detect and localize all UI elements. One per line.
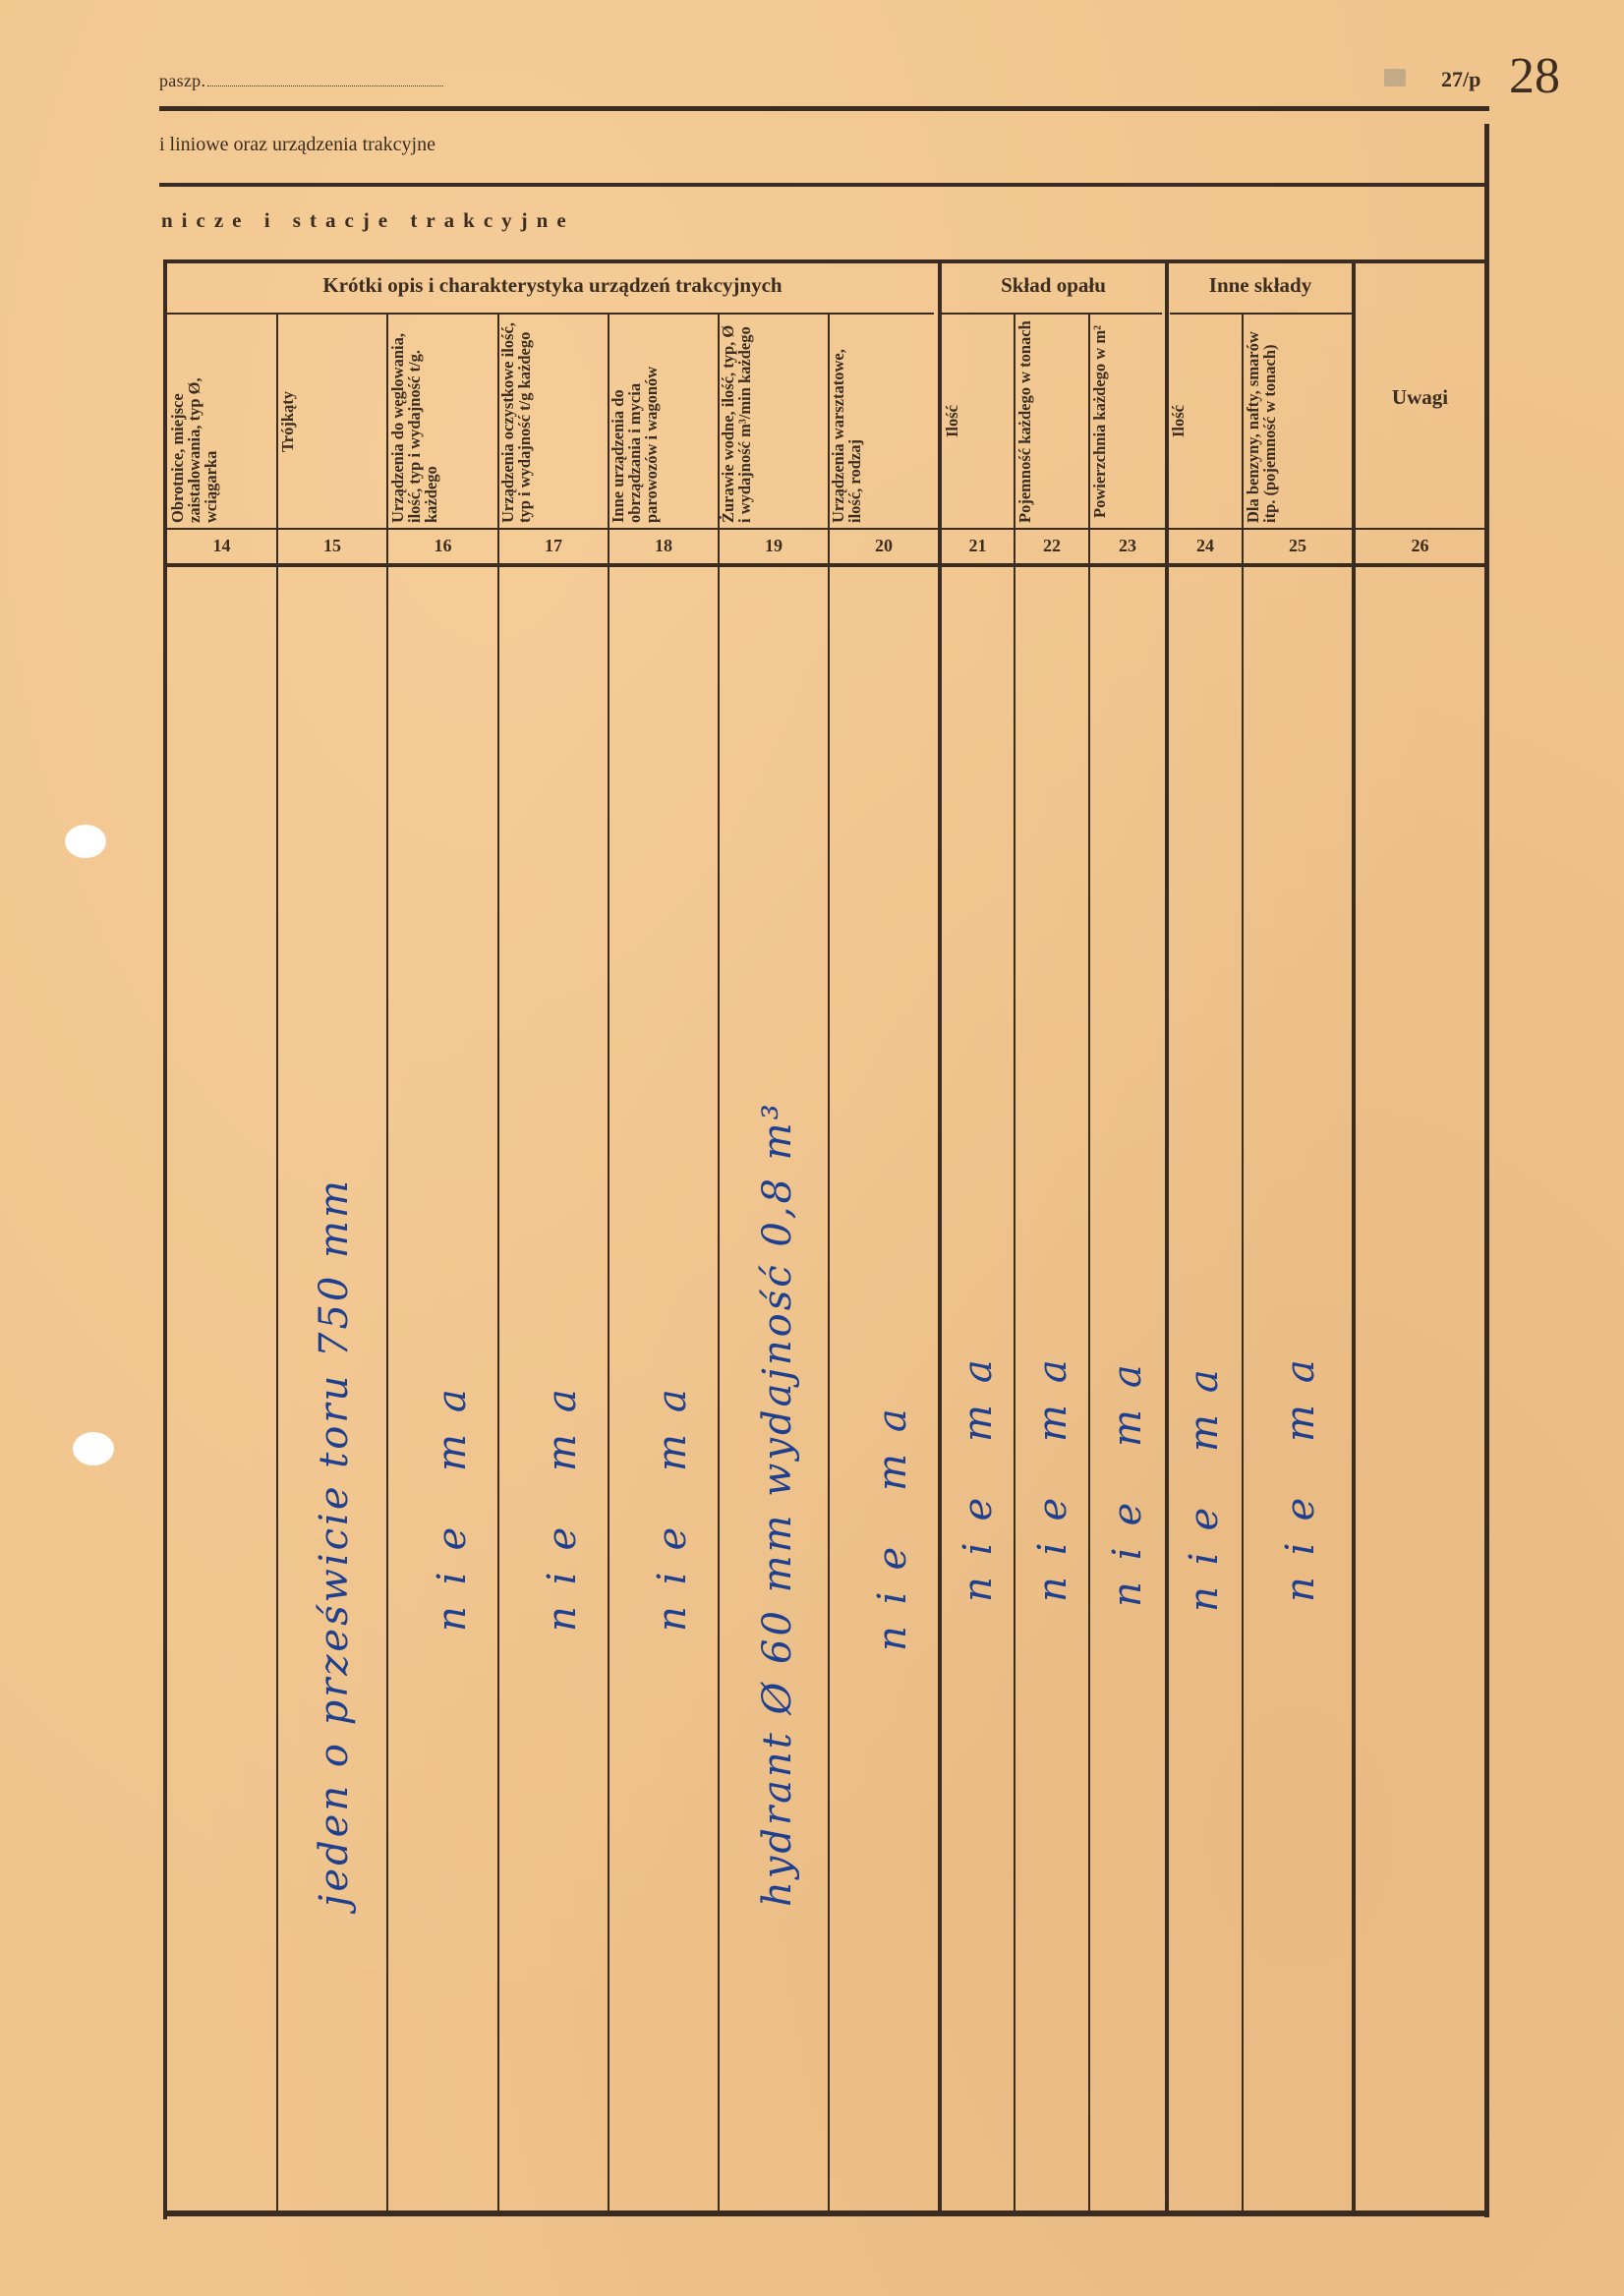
entry-cleaning-equipment: nie ma <box>523 1199 602 1632</box>
section-title-1: i liniowe oraz urządzenia trakcyjne <box>159 134 435 156</box>
reference-code: 27/p <box>1441 67 1480 92</box>
column-header-21: Ilość <box>944 320 1013 523</box>
group-title-description: Krótki opis i charakterystyka urządzeń t… <box>167 273 938 298</box>
column-number: 15 <box>278 536 386 556</box>
stamp-icon <box>1384 69 1406 86</box>
col-divider <box>718 313 720 2212</box>
column-header-16: Urządzenia do węglowania, ilość, typ i w… <box>389 320 495 523</box>
column-header-20: Urządzenia warsztatowe, ilość, rodzaj <box>830 320 936 523</box>
column-number: 26 <box>1356 536 1484 556</box>
column-header-26: Uwagi <box>1356 385 1484 410</box>
column-number: 25 <box>1244 536 1352 556</box>
page-number: 28 <box>1509 47 1560 105</box>
col-divider <box>608 313 609 2212</box>
col-divider <box>276 313 278 2212</box>
entry-fuel-area: nie ma <box>1095 1194 1160 1607</box>
passport-fill-line <box>207 86 443 86</box>
column-number: 19 <box>720 536 828 556</box>
column-header-14: Obrotnice, miejsce zaistalowania, typ Ø,… <box>169 320 275 523</box>
column-number: 16 <box>388 536 497 556</box>
group-divider <box>1170 313 1353 315</box>
entry-coaling-equipment: nie ma <box>413 1199 492 1632</box>
column-number: 24 <box>1169 536 1242 556</box>
entry-fuel-quantity: nie ma <box>946 1189 1011 1602</box>
column-number: 17 <box>499 536 608 556</box>
col-divider <box>828 313 830 2212</box>
table-bottom-rule <box>163 2210 1486 2216</box>
right-margin-rule <box>1484 124 1489 2217</box>
section-title-2: nicze i stacje trakcyjne <box>161 208 575 233</box>
group-divider <box>942 313 1162 315</box>
passport-label-text: paszp. <box>159 71 205 90</box>
group-title-other-storage: Inne składy <box>1169 273 1352 298</box>
header-rule-1 <box>159 106 1489 111</box>
column-number: 14 <box>167 536 276 556</box>
column-header-23: Powierzchnia każdego w m² <box>1091 320 1164 523</box>
passport-label: paszp. <box>159 71 443 91</box>
header-rule-2 <box>159 183 1486 187</box>
col-divider <box>386 313 388 2212</box>
column-number: 18 <box>609 536 718 556</box>
header-bottom-rule <box>167 563 1484 567</box>
column-header-25: Dla benzyny, nafty, smarów itp. (pojemno… <box>1245 320 1351 523</box>
punch-hole-top <box>65 825 106 858</box>
entry-fuel-oil-storage: nie ma <box>1268 1189 1333 1602</box>
entry-other-servicing-equipment: nie ma <box>633 1199 712 1632</box>
column-header-17: Urządzenia oczystkowe ilość, typ i wydaj… <box>499 320 606 523</box>
column-header-24: Ilość <box>1170 320 1241 523</box>
col-divider <box>497 313 499 2212</box>
entry-turntables: jeden o prześwicie toru 750 mm <box>295 865 374 1907</box>
column-number: 20 <box>830 536 938 556</box>
entry-other-quantity: nie ma <box>1172 1199 1237 1612</box>
column-header-18: Inne urządzenia do obrządzania i mycia p… <box>609 320 716 523</box>
column-header-22: Pojemność każdego w tonach <box>1016 320 1087 523</box>
col-divider <box>1242 313 1244 2212</box>
col-divider <box>1088 313 1090 2212</box>
group-title-fuel-storage: Skład opału <box>942 273 1165 298</box>
punch-hole-bottom <box>73 1432 114 1465</box>
entry-workshop-equipment: nie ma <box>853 1219 932 1651</box>
column-header-15: Trójkąty <box>279 320 385 523</box>
entry-water-cranes: hydrant Ø 60 mm wydajność 0,8 m³ <box>735 727 820 1907</box>
column-number: 22 <box>1015 536 1088 556</box>
column-number: 23 <box>1090 536 1165 556</box>
table-top-rule <box>163 259 1486 263</box>
column-header-19: Żurawie wodne, ilość, typ, Ø i wydajność… <box>720 320 826 523</box>
column-number: 21 <box>942 536 1014 556</box>
entry-fuel-capacity: nie ma <box>1020 1189 1085 1602</box>
colnum-top-rule <box>167 528 1484 530</box>
group-divider <box>167 313 934 315</box>
col-divider <box>1014 313 1015 2212</box>
